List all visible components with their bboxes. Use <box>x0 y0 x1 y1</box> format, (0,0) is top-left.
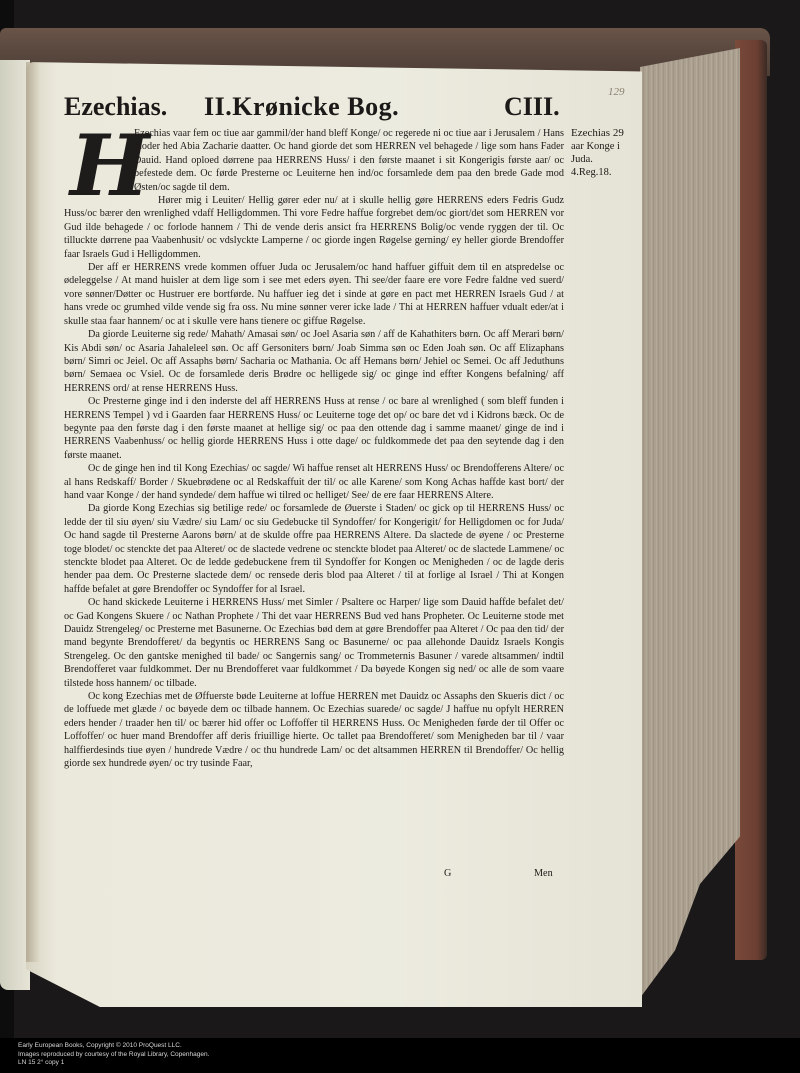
pencil-folio-number: 129 <box>608 86 625 98</box>
running-head-folio: CIII. <box>504 92 560 122</box>
gutter-shadow <box>26 62 40 962</box>
copyright-footer: Early European Books, Copyright © 2010 P… <box>0 1038 800 1073</box>
paragraph: Oc Presterne ginge ind i den inderste de… <box>64 395 564 462</box>
paragraph: Da giorde Leuiterne sig rede/ Mahath/ Am… <box>64 328 564 395</box>
body-text: Ezechias vaar fem oc tiue aar gammil/der… <box>64 127 564 771</box>
paragraph: Da giorde Kong Ezechias sig betilige red… <box>64 502 564 596</box>
footer-text: Early European Books, Copyright © 2010 P… <box>18 1042 209 1068</box>
catchword: Men <box>534 868 553 879</box>
marginal-note: Ezechias 29 aar Konge i Juda. 4.Reg.18. <box>571 127 641 179</box>
marginal-note-line: aar Konge i <box>571 140 641 153</box>
footer-courtesy: Images reproduced by courtesy of the Roy… <box>18 1051 209 1060</box>
running-head-book-title: II.Krønicke Bog. <box>204 92 399 122</box>
marginal-note-line: 4.Reg.18. <box>571 166 641 179</box>
paragraph: Der aff er HERRENS vrede kommen offuer J… <box>64 261 564 328</box>
paragraph: Oc de ginge hen ind til Kong Ezechias/ o… <box>64 462 564 502</box>
paragraph: Ezechias vaar fem oc tiue aar gammil/der… <box>64 127 564 194</box>
footer-shelfmark: LN 15 2° copy 1 <box>18 1059 209 1068</box>
paragraph: Oc kong Ezechias met de Øffuerste bøde L… <box>64 690 564 770</box>
paragraph: Hører mig i Leuiter/ Hellig gører eder n… <box>64 194 564 261</box>
paragraph: Oc hand skickede Leuiterne i HERRENS Hus… <box>64 596 564 690</box>
signature-mark: G <box>444 868 451 879</box>
marginal-note-line: Juda. <box>571 153 641 166</box>
dropcap-spacer <box>64 127 134 207</box>
marginal-note-line: Ezechias 29 <box>571 127 641 140</box>
signature-line: G Men <box>64 868 564 882</box>
footer-copyright: Early European Books, Copyright © 2010 P… <box>18 1042 209 1051</box>
